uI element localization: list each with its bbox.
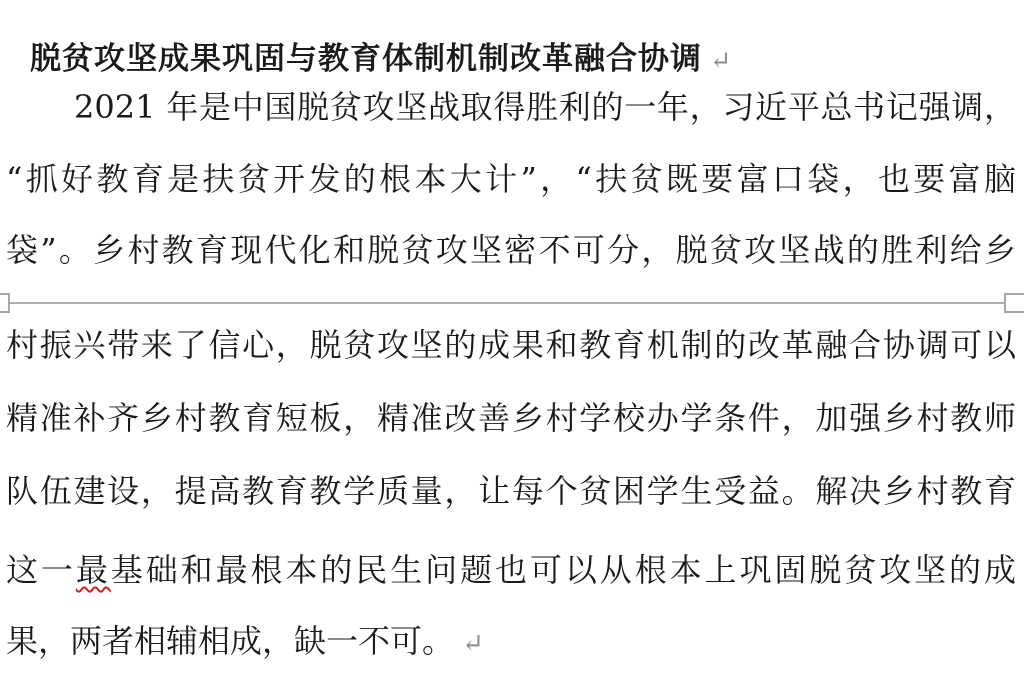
last-line-text: 果，两者相辅相成，缺一不可。 — [6, 622, 454, 660]
body-line-7: 这一最基础和最根本的民生问题也可以从根本上巩固脱贫攻坚的成 — [6, 549, 1016, 591]
line7-text-after: 基础和最根本的民生问题也可以从根本上巩固脱贫攻坚的成 — [111, 551, 1016, 589]
body-line-4: 村振兴带来了信心，脱贫攻坚的成果和教育机制的改革融合协调可以 — [6, 324, 1016, 366]
paragraph-mark-icon: ↵ — [462, 629, 484, 659]
page-break-divider — [0, 302, 1024, 304]
document-page: 脱贫攻坚成果巩固与教育体制机制改革融合协调↵ 2021 年是中国脱贫攻坚战取得胜… — [0, 0, 1024, 693]
title-text: 脱贫攻坚成果巩固与教育体制机制改革融合协调 — [30, 41, 702, 77]
page-margin-marker-right — [1004, 293, 1024, 313]
body-line-1: 2021 年是中国脱贫攻坚战取得胜利的一年，习近平总书记强调， — [6, 86, 1016, 128]
body-line-5: 精准补齐乡村教育短板，精准改善乡村学校办学条件，加强乡村教师 — [6, 397, 1016, 439]
document-title: 脱贫攻坚成果巩固与教育体制机制改革融合协调↵ — [30, 33, 732, 78]
body-line-8: 果，两者相辅相成，缺一不可。↵ — [6, 620, 1016, 665]
body-line-6: 队伍建设，提高教育教学质量，让每个贫困学生受益。解决乡村教育 — [6, 470, 1016, 512]
line7-text-before: 这一 — [6, 551, 76, 589]
paragraph-mark-icon: ↵ — [710, 45, 732, 75]
page-margin-marker-left — [0, 293, 10, 313]
spellcheck-flagged-word: 最 — [76, 551, 111, 589]
body-line-2: “抓好教育是扶贫开发的根本大计”，“扶贫既要富口袋，也要富脑 — [6, 158, 1016, 200]
body-line-3: 袋”。乡村教育现代化和脱贫攻坚密不可分，脱贫攻坚战的胜利给乡 — [6, 229, 1016, 271]
